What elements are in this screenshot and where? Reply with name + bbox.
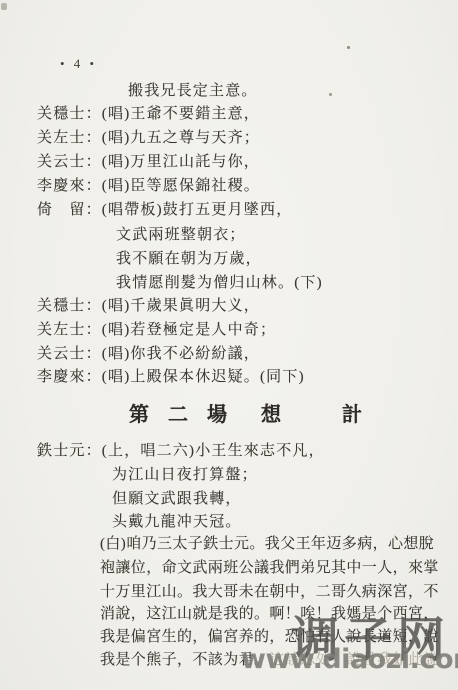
scene-heading: 第 二 場 想 計 bbox=[129, 398, 369, 427]
dialogue-line: 鉄士元：(上，唱二六)小王生來志不凡， bbox=[37, 443, 325, 460]
scan-speck bbox=[347, 46, 350, 49]
verse-line: 为江山日夜打算盤； bbox=[112, 467, 258, 484]
verse-line: 我不願在朝为万歲， bbox=[116, 251, 262, 268]
prose-line: (白)咱乃三太子鉄士元。我父王年迈多病，心想脫 bbox=[100, 536, 434, 553]
prose-line: 十万里江山。我大哥未在朝中，二哥久病深宮，不 bbox=[100, 584, 439, 601]
watermark-site-url: www.diaozi.com bbox=[241, 644, 458, 675]
verse-line: 文武兩班整朝衣； bbox=[116, 227, 246, 244]
dialogue-line: 关云士：(唱)你我不必紛紛議， bbox=[37, 346, 260, 363]
dialogue-line: 关云士：(唱)万里江山託与你， bbox=[37, 154, 260, 171]
verse-line: 头戴九龍冲天冠。 bbox=[112, 514, 242, 531]
dialogue-line: 李慶來：(唱)臣等愿保錦社稷。 bbox=[37, 178, 260, 195]
dialogue-line: 关左士：(唱)若登極定是人中奇； bbox=[37, 322, 276, 339]
scan-speck bbox=[329, 93, 332, 96]
dialogue-line: 倚 留：(唱帶板)鼓打五更月墜西， bbox=[37, 202, 292, 219]
prose-line: 袍讓位，命文武兩班公議我們弟兄其中一人，來掌 bbox=[100, 560, 439, 577]
dialogue-line: 关穩士：(唱)千歲果眞明大义， bbox=[37, 298, 260, 315]
dialogue-line: 关穩士：(唱)王爺不要錯主意， bbox=[37, 106, 260, 123]
scanned-page: • 4 • 搬我兄長定主意。 关穩士：(唱)王爺不要錯主意， 关左士：(唱)九五… bbox=[0, 0, 458, 690]
verse-line: 但願文武跟我轉， bbox=[112, 491, 242, 508]
scan-speck bbox=[1, 3, 7, 10]
dialogue-line: 关左士：(唱)九五之尊与天齐； bbox=[37, 130, 260, 147]
verse-line: 搬我兄長定主意。 bbox=[128, 83, 258, 100]
page-number: • 4 • bbox=[60, 56, 97, 72]
verse-line: 我情愿削髮为僧归山林。(下) bbox=[116, 275, 323, 292]
dialogue-line: 李慶來：(唱)上殿保本休迟疑。(同下) bbox=[37, 369, 305, 386]
